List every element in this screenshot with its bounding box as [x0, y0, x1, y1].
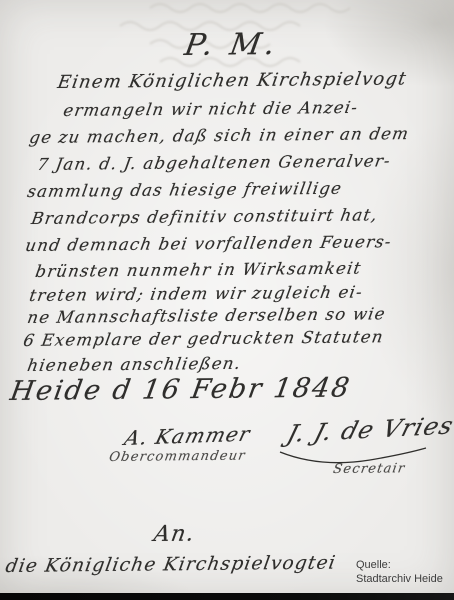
address-line: die Königliche Kirchspielvogtei: [4, 553, 338, 577]
scan-edge-bar: [0, 593, 454, 600]
body-line: brünsten nunmehr in Wirksamkeit: [34, 259, 363, 281]
body-line: und demnach bei vorfallenden Feuers-: [24, 232, 393, 255]
dateline: Heide d 16 Febr 1848: [8, 372, 353, 407]
body-line: 6 Exemplare der gedruckten Statuten: [22, 327, 385, 350]
document-header: P. M.: [182, 27, 281, 63]
signature-title-right: Secretair: [332, 461, 407, 477]
signature-name-left: A. Kammer: [122, 422, 253, 450]
source-caption: Quelle: Stadtarchiv Heide: [356, 558, 452, 586]
body-line: 7 Jan. d. J. abgehaltenen Generalver-: [36, 151, 392, 174]
body-line: ge zu machen, daß sich in einer an dem: [28, 124, 411, 147]
signature-name-right: J. J. de Vries: [284, 412, 454, 448]
body-line: Brandcorps definitiv constituirt hat,: [30, 205, 379, 228]
body-line: Einem Königlichen Kirchspielvogt: [56, 68, 408, 93]
body-line: treten wird; indem wir zugleich ei-: [28, 283, 365, 305]
signature-title-left: Obercommandeur: [108, 449, 247, 465]
body-line: sammlung das hiesige freiwillige: [26, 179, 344, 201]
scanned-document-page: P. M. Einem Königlichen Kirchspielvogt e…: [0, 0, 454, 600]
address-salutation: An.: [152, 522, 197, 547]
body-line: hieneben anschließen.: [26, 354, 243, 375]
source-caption-value: Stadtarchiv Heide: [356, 572, 452, 586]
body-line: ermangeln wir nicht die Anzei-: [62, 98, 360, 120]
body-line: ne Mannschaftsliste derselben so wie: [26, 304, 387, 327]
source-caption-label: Quelle:: [356, 558, 452, 572]
